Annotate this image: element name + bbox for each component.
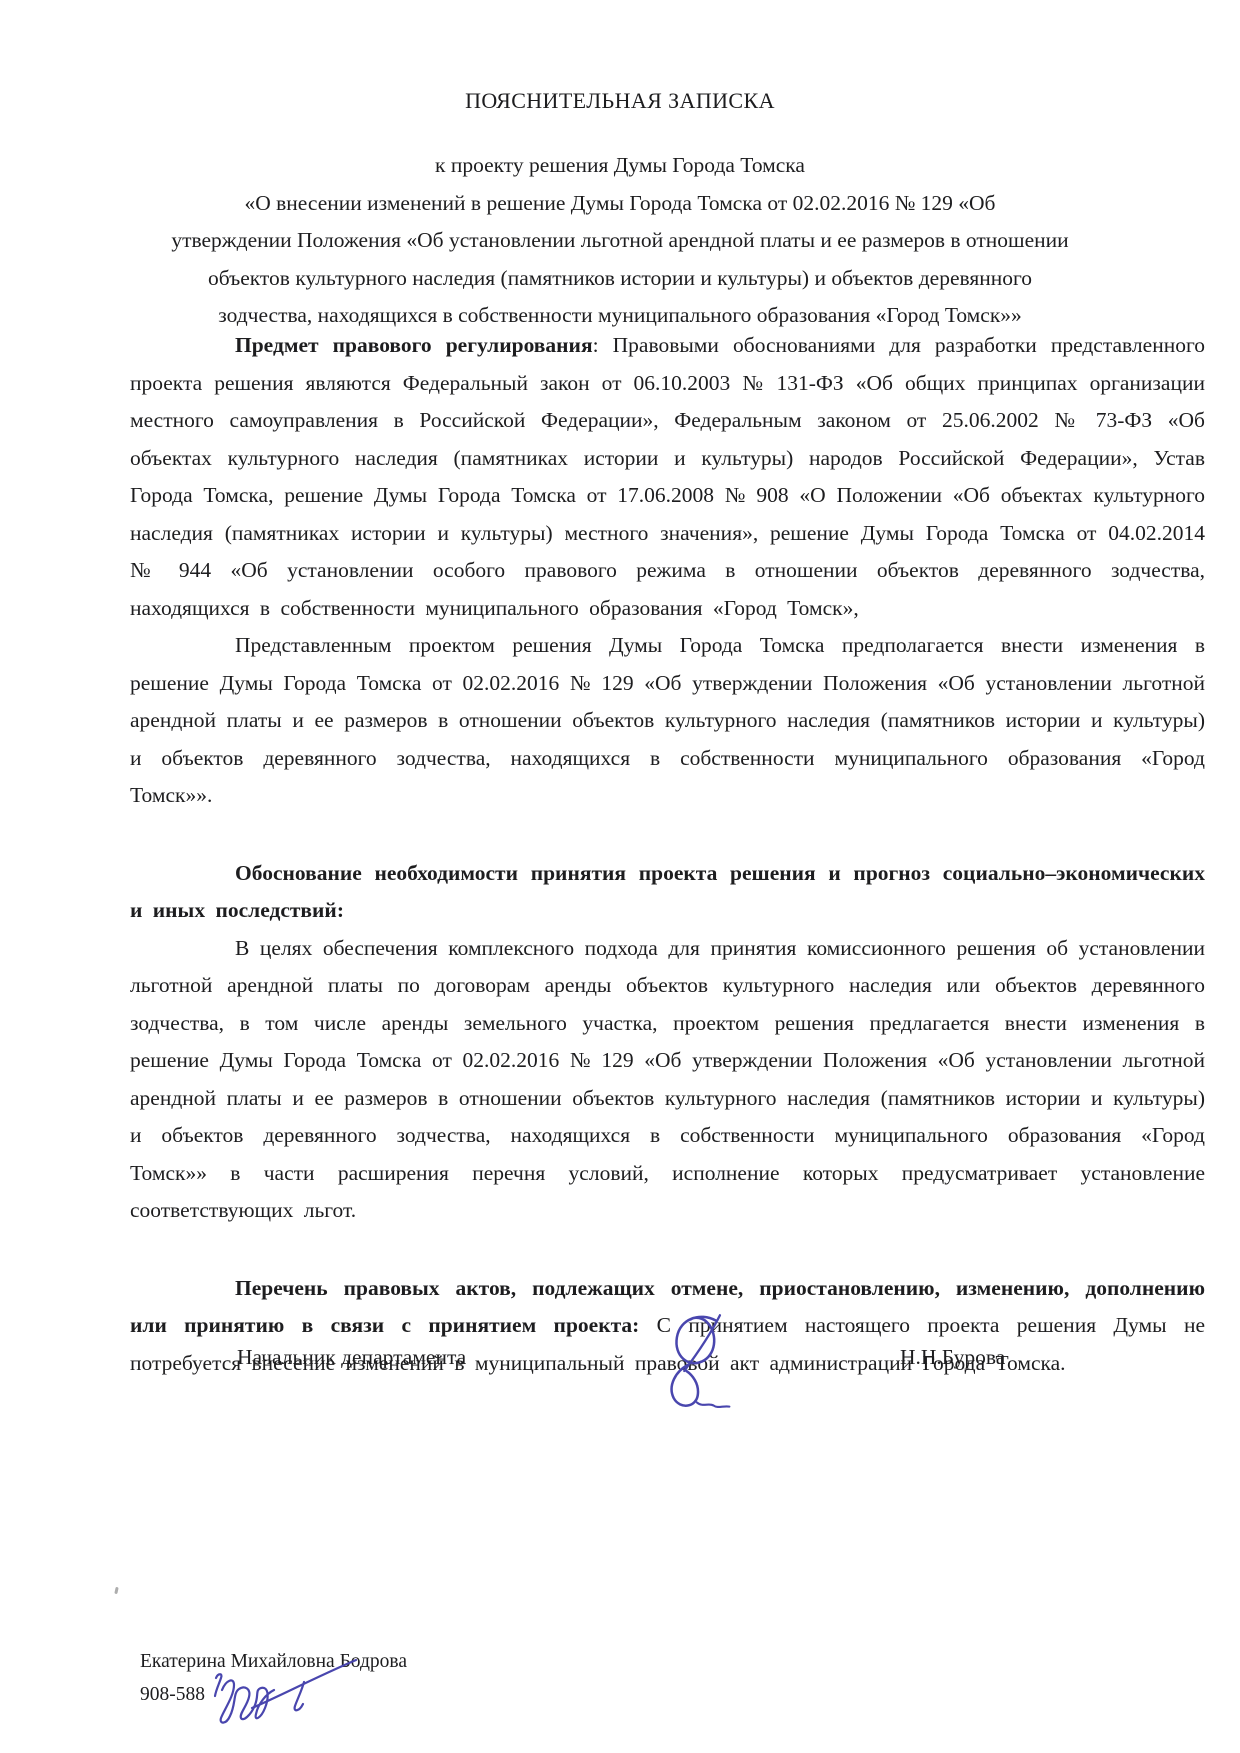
paragraph-justification-heading: Обоснование необходимости принятия проек… bbox=[130, 855, 1205, 930]
document-page: ПОЯСНИТЕЛЬНАЯ ЗАПИСКА к проекту решения … bbox=[0, 0, 1240, 1753]
document-header: к проекту решения Думы Города Томска «О … bbox=[115, 147, 1125, 335]
director-signature-icon bbox=[640, 1310, 760, 1415]
header-line: «О внесении изменений в решение Думы Гор… bbox=[115, 185, 1125, 223]
paragraph-justification-heading-text: Обоснование необходимости принятия проек… bbox=[130, 861, 1205, 923]
signature-name: Н.Н.Бурова bbox=[900, 1345, 1005, 1370]
header-line: объектов культурного наследия (памятнико… bbox=[115, 260, 1125, 298]
document-body: Предмет правового регулирования: Правовы… bbox=[130, 327, 1205, 1382]
paragraph-subject-lead: Предмет правового регулирования bbox=[235, 333, 593, 357]
header-line: утверждении Положения «Об установлении л… bbox=[115, 222, 1125, 260]
signature-position-label: Начальник департамента bbox=[237, 1345, 466, 1370]
scan-artifact-speck bbox=[114, 1587, 118, 1594]
paragraph-proposal: Представленным проектом решения Думы Гор… bbox=[130, 627, 1205, 815]
paragraph-subject-text: : Правовыми обоснованиями для разработки… bbox=[130, 333, 1205, 620]
executor-signature-icon bbox=[208, 1648, 368, 1732]
document-title: ПОЯСНИТЕЛЬНАЯ ЗАПИСКА bbox=[0, 88, 1240, 114]
header-line: к проекту решения Думы Города Томска bbox=[115, 147, 1125, 185]
paragraph-justification: В целях обеспечения комплексного подхода… bbox=[130, 930, 1205, 1230]
paragraph-subject: Предмет правового регулирования: Правовы… bbox=[130, 327, 1205, 627]
